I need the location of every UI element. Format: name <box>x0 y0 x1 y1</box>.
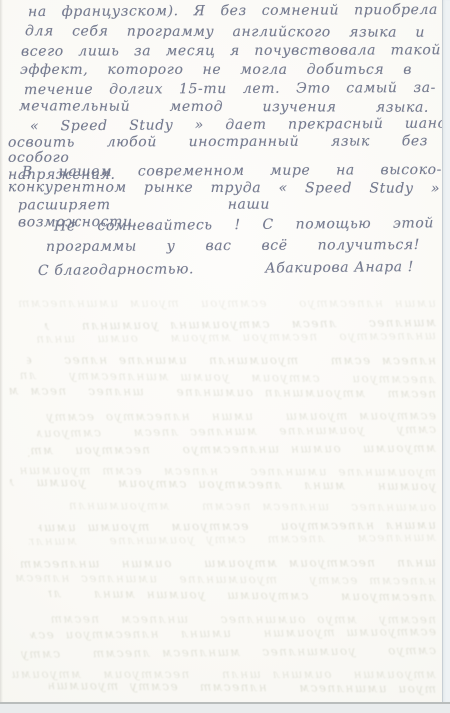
signature-closing: С благодарностью. <box>38 261 194 280</box>
letter-line: В нашем современном мире на высоко- <box>22 162 442 181</box>
letter-line: на французском). Я без сомнений приобрел… <box>28 2 438 21</box>
page-edge-bottom <box>0 702 450 713</box>
letter-line: эффект, которого не могла добиться в <box>20 62 412 79</box>
letter-line: всего лишь за месяц я почувствовала тако… <box>21 42 441 60</box>
letter-line: конкурентном рынке труда « Speed Study » <box>8 179 440 198</box>
letter-line: течение долгих 15-ти лет. Это самый за- <box>24 80 436 99</box>
letter-line: мечательный метод изучения языка. <box>19 98 429 116</box>
signature-line: С благодарностью.Абакирова Анара ! <box>38 259 414 280</box>
letter-line: Не сомневайтесь ! С помощью этой <box>54 215 434 235</box>
page-edge-right <box>442 0 450 713</box>
page-edge-left <box>0 0 3 713</box>
letter-line: для себя программу английского языка и <box>25 23 425 41</box>
letter-line: освоить любой иностранный язык без <box>8 133 428 151</box>
signature-name: Абакирова Анара ! <box>265 259 414 278</box>
letter-text: на французском). Я без сомнений приобрел… <box>0 0 450 713</box>
letter-line: программы у вас всё получиться! <box>46 237 420 256</box>
scanned-page: на французском). Я без сомнений приобрел… <box>0 0 450 713</box>
